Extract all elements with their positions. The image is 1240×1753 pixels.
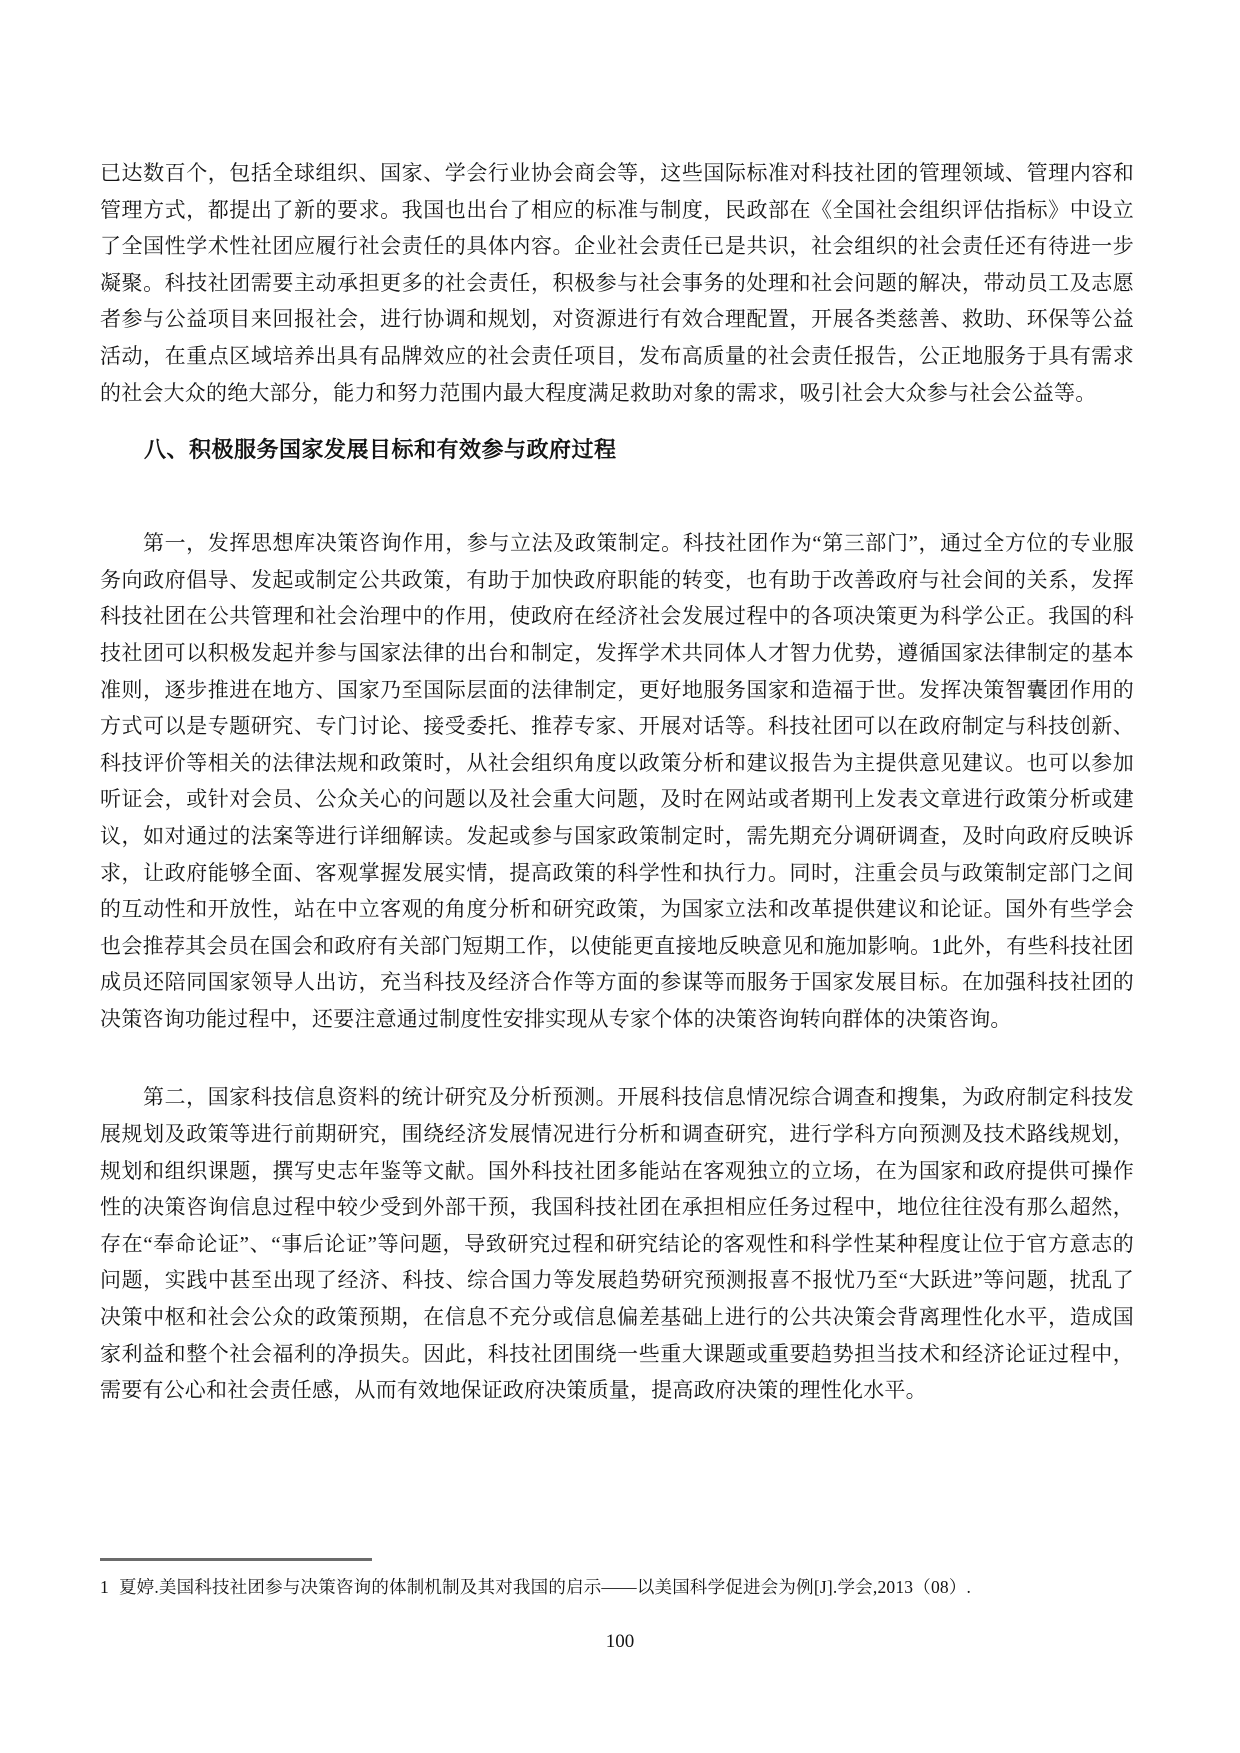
section-heading: 八、积极服务国家发展目标和有效参与政府过程 (144, 435, 1134, 465)
paragraph-second-point: 第二，国家科技信息资料的统计研究及分析预测。开展科技信息情况综合调查和搜集，为政… (100, 1079, 1134, 1408)
page-content: 已达数百个，包括全球组织、国家、学会行业协会商会等，这些国际标准对科技社团的管理… (100, 155, 1134, 1409)
paragraph-first-point: 第一，发挥思想库决策咨询作用，参与立法及政策制定。科技社团作为“第三部门”，通过… (100, 525, 1134, 1037)
footnote-area: 1夏婷.美国科技社团参与决策咨询的体制机制及其对我国的启示——以美国科学促进会为… (100, 1558, 1134, 1599)
document-page: 已达数百个，包括全球组织、国家、学会行业协会商会等，这些国际标准对科技社团的管理… (0, 0, 1240, 1753)
footnote-text: 夏婷.美国科技社团参与决策咨询的体制机制及其对我国的启示——以美国科学促进会为例… (119, 1577, 971, 1597)
footnote-marker: 1 (100, 1577, 119, 1597)
page-number: 100 (0, 1630, 1240, 1654)
footnote: 1夏婷.美国科技社团参与决策咨询的体制机制及其对我国的启示——以美国科学促进会为… (100, 1575, 1134, 1599)
paragraph-continued-from-previous-page: 已达数百个，包括全球组织、国家、学会行业协会商会等，这些国际标准对科技社团的管理… (100, 155, 1134, 411)
footnote-separator-rule (100, 1558, 372, 1561)
